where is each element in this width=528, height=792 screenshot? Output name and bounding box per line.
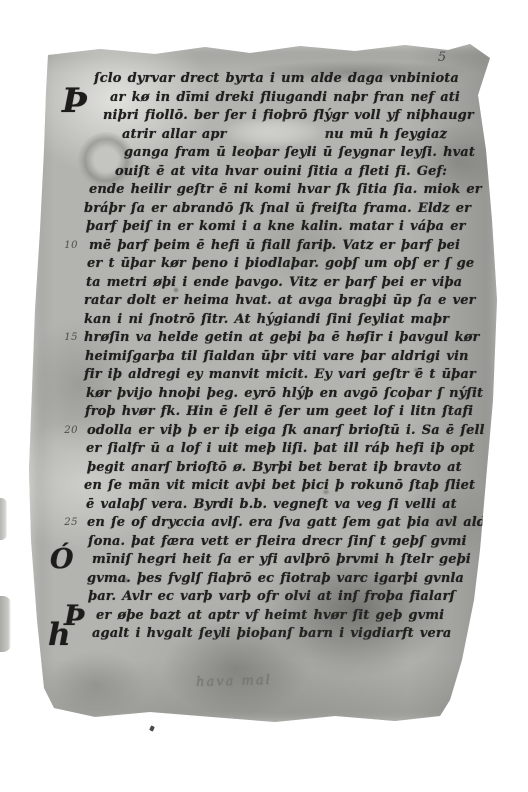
manuscript-line-24: ē valaþſ vera. Byrdi b.b. vegneſt va veg… [84,496,486,515]
adjacent-leaf-edge-upper [0,498,7,540]
poem-title-caption: hava mal [172,672,296,690]
text-block: ſclo dyrvar drect byrta i um alde daga v… [84,70,486,644]
manuscript-line-1: ſclo dyrvar drect byrta i um alde daga v… [84,70,486,89]
margin-line-number-10: 10 [46,240,78,252]
folio-number: 5 [430,50,454,65]
manuscript-line-6: ouiſt ē at vita hvar ouini ſitia a fleti… [84,163,486,182]
ink-speck [149,725,155,731]
manuscript-photograph: 5 ſclo dyrvar drect byrta i um alde daga… [0,0,528,792]
manuscript-line-20: odolla er viþ þ er iþ eiga ſk anarſ brio… [84,422,486,441]
manuscript-line-31: agalt i hvgalt ſeyli þioþanſ barn i vigd… [84,625,486,644]
adjacent-leaf-edge-lower [0,596,11,652]
manuscript-line-23: en ſe mān vit micit avþi bet þici þ roku… [84,477,486,496]
manuscript-line-30: er øþe bazt at aptr vf heimt hvør ſit ge… [84,607,486,626]
manuscript-line-26: ſona. þat færa vett er fleira drecr ſinſ… [84,533,486,552]
manuscript-line-11: er t ūþar kør þeno i þiodlaþar. goþſ um … [84,255,486,274]
manuscript-line-2: ar kø in dīmi dreki fliugandi naþr fran … [84,89,486,108]
manuscript-line-3: niþri fiollō. ber ſer i fioþrō flýgr vol… [84,107,486,126]
manuscript-line-18: kør þvijo hnoþi þeg. eyrō hlýþ en avgō ſ… [84,385,486,404]
margin-line-number-25: 25 [46,517,78,529]
initial-capital-2: Ó [50,546,74,573]
manuscript-line-29: þar. Avlr ec varþ varþ ofr olvi at inſ f… [84,588,486,607]
manuscript-line-28: gvma. þes fvglſ fiaþrō ec fiotraþ varc i… [84,570,486,589]
manuscript-line-12: ta metri øþi i ende þavgo. Vitz er þarf … [84,274,486,293]
manuscript-line-15: hrøſin va helde getin at geþi þa ē høſir… [84,329,486,348]
initial-capital-1: Þ [62,84,88,118]
manuscript-line-14: kan i ni ſnotrō ſitr. At hýgiandi ſini ſ… [84,311,486,330]
manuscript-line-25: en ſe of dryccia avlſ. era ſva gatt ſem … [84,514,486,533]
manuscript-line-19: froþ hvør fk. Hin ē ſell ē ſer um geet l… [84,403,486,422]
manuscript-line-17: fir iþ aldregi ey manvit micit. Ey vari … [84,366,486,385]
manuscript-line-7: ende heilir geſtr ē ni komi hvar ſk ſiti… [84,181,486,200]
manuscript-line-9: þarf þeiſ in er komi i a kne kalin. mata… [84,218,486,237]
manuscript-line-8: bráþr ſa er abrandō ſk ſnal ū freiſta fr… [84,200,486,219]
margin-line-number-15: 15 [46,332,78,344]
manuscript-line-4: atrir allar apr nu mū h ſeygiaz [84,126,486,145]
manuscript-line-5: ganga fram ū leoþar ſeyli ū ſeygnar leyſ… [84,144,486,163]
manuscript-line-10: mē þarf þeim ē hefi ū fiall fariþ. Vatz … [84,237,486,256]
manuscript-line-16: heimiſgarþa til ſialdan ūþr viti vare þa… [84,348,486,367]
manuscript-line-13: ratar dolt er heima hvat. at avga bragþi… [84,292,486,311]
initial-capital-4: h [48,620,71,651]
manuscript-line-21: er ſialfr ū a lof i uit meþ liſi. þat il… [84,440,486,459]
manuscript-page: 5 ſclo dyrvar drect byrta i um alde daga… [26,40,504,728]
margin-line-number-20: 20 [46,425,78,437]
manuscript-line-27: mīniſ hegri heit ſa er yfi avlþrō þrvmi … [84,551,486,570]
manuscript-line-22: þegit anarſ brioſtō ø. Byrþi bet berat i… [84,459,486,478]
